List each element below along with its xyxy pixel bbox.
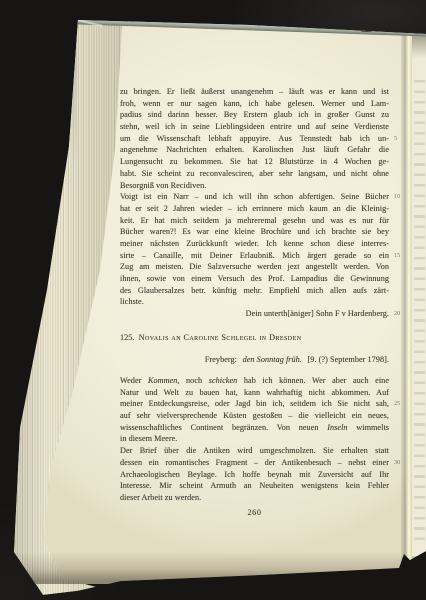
text-line: auf sehr vielversprechende Küsten gestoß… <box>120 410 389 422</box>
margin-line-number: 10 <box>394 192 400 202</box>
page-bottom-edge-shadow <box>10 552 426 584</box>
dateline-day: den Sonntag früh. <box>243 355 302 364</box>
facing-page-top-shadow <box>412 28 426 58</box>
book-cover-left-edge <box>72 20 77 170</box>
page-text-area: zu bringen. Er ließt äußerst unangenehm … <box>120 86 389 517</box>
letter-number: 125. <box>120 333 135 342</box>
facing-page-edge <box>412 28 426 556</box>
text-line: ihnen, sowie von einem Versuch des Prof.… <box>120 273 389 285</box>
text-line: Bücher waren?! Es war eine kleine Brochü… <box>120 226 389 238</box>
text-line: angenehme Nachrichten erhalten. Karolinc… <box>120 144 389 156</box>
paragraph: Der Brief über die Antiken wird umgeschm… <box>120 445 389 503</box>
paragraph: Weder Kommen, noch schicken hab ich könn… <box>120 375 389 445</box>
margin-line-number: 30 <box>394 458 400 468</box>
book: zu bringen. Er ließt äußerst unangenehm … <box>0 0 426 600</box>
paragraph: zu bringen. Er ließt äußerst unangenehm … <box>120 86 389 191</box>
letter-124-continuation: zu bringen. Er ließt äußerst unangenehm … <box>120 86 389 308</box>
margin-line-number: 20 <box>394 309 400 319</box>
text-line: lichste. <box>120 296 389 308</box>
text-line: Zug am meisten. Die Salzversuche werden … <box>120 261 389 273</box>
text-line: um die Wissenschaft lebhaft appuyire. Au… <box>120 133 389 145</box>
margin-line-number: 15 <box>394 251 400 261</box>
text-line: dieser Arbeit zu werden. <box>120 492 389 504</box>
paragraph: Voigt ist ein Narr – und ich will ihn sc… <box>120 191 389 308</box>
text-line: Natur und Welt zu bauen hat, kann wahrha… <box>120 387 389 399</box>
text-line: dessen ein romantisches Fragment – der A… <box>120 457 389 469</box>
text-line: hat er seit 2 Jahren wieder – ich errinn… <box>120 203 389 215</box>
margin-line-number: 25 <box>394 399 400 409</box>
letter-heading: 125. Novalis an Caroline Schlegel in Dre… <box>120 332 389 344</box>
text-line: padius sind darinn besser. Bey Erstern g… <box>120 109 389 121</box>
photo-background: zu bringen. Er ließt äußerst unangenehm … <box>0 0 426 600</box>
text-line: Voigt ist ein Narr – und ich will ihn sc… <box>120 191 389 203</box>
ghost-text-show-through <box>414 80 425 548</box>
text-line: zu bringen. Er ließt äußerst unangenehm … <box>120 86 389 98</box>
signature-line: Dein unterth[äniger] Sohn F v Hardenberg… <box>120 308 389 320</box>
letter-title: Novalis an Caroline Schlegel in Dresden <box>139 333 302 342</box>
text-line: in diesem Meere. <box>120 433 389 445</box>
letter-125-body: Weder Kommen, noch schicken hab ich könn… <box>120 375 389 504</box>
text-line: Besorgniß von Recidiven. <box>120 180 389 192</box>
text-line: des Glaubersalzes betr. künftig mehr. Em… <box>120 285 389 297</box>
text-line: meiner Entdeckungsreise, oder Jagd bin i… <box>120 398 389 410</box>
text-line: froh, wenn er nur sagen kann, ich habe g… <box>120 98 389 110</box>
dateline-date: [9. (?) September 1798]. <box>308 355 389 364</box>
margin-line-number: 5 <box>394 134 397 144</box>
letter-dateline: Freyberg: den Sonntag früh. [9. (?) Sept… <box>120 354 389 366</box>
text-line: Der Brief über die Antiken wird umgeschm… <box>120 445 389 457</box>
text-line: Lungensucht zu bekommen. Sie hat 12 Blut… <box>120 156 389 168</box>
dateline-place: Freyberg: <box>205 355 237 364</box>
text-line: sirte – Canaille, mit Deiner Erlaubniß. … <box>120 250 389 262</box>
text-line: stehn, weil ich in seine Lieblingsideen … <box>120 121 389 133</box>
page-number: 260 <box>120 508 389 517</box>
text-line: Archaeologischen Beylage. Ich hoffe beyn… <box>120 469 389 481</box>
text-line: Interesse. Mir scheint Armuth an Neuheit… <box>120 480 389 492</box>
text-line: Weder Kommen, noch schicken hab ich könn… <box>120 375 389 387</box>
signature-text: Dein unterth[äniger] Sohn F v Hardenberg… <box>246 309 389 318</box>
text-line: meiner nächsten Zurückkunft wieder. Ich … <box>120 238 389 250</box>
text-line: keit. Er hat mich seitdem ja mehreremal … <box>120 215 389 227</box>
text-line: wissenschaftliches Continent begränzen. … <box>120 422 389 434</box>
text-line: habt. Sie scheint zu reconvalesciren, ab… <box>120 168 389 180</box>
page-separation-notch <box>360 25 373 32</box>
